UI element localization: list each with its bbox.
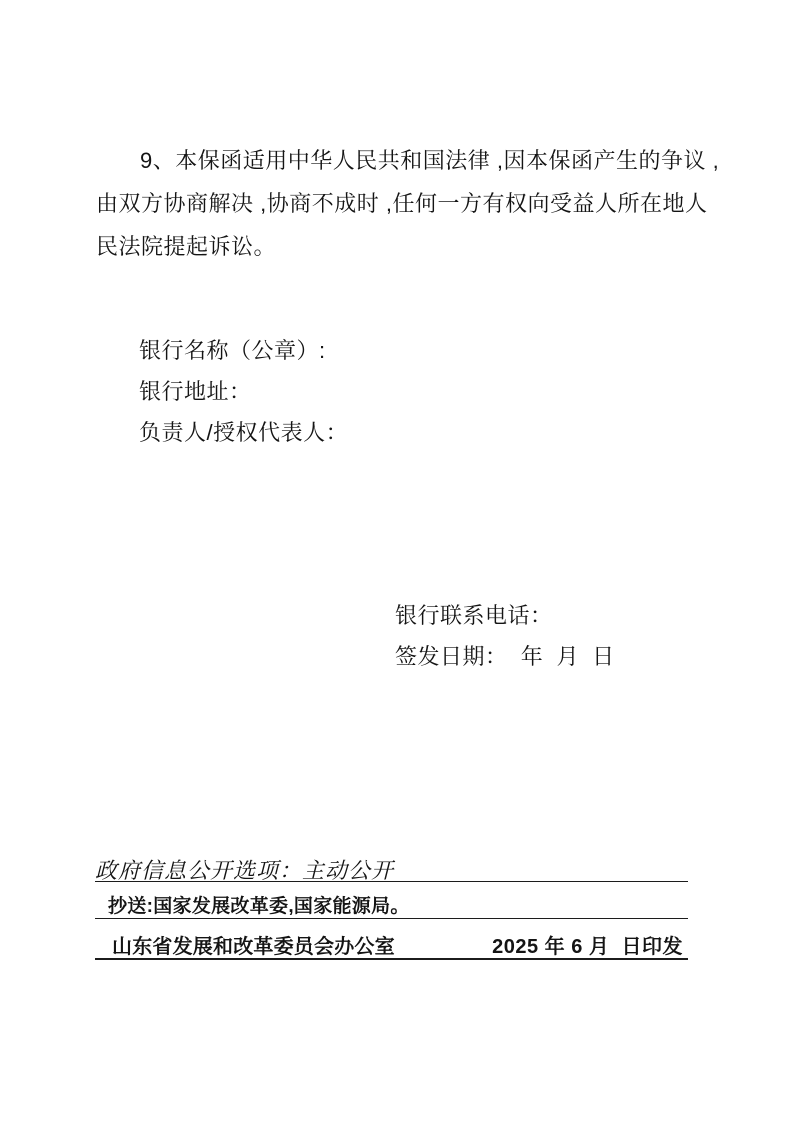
clause-line-2: 由双方协商解决 ,协商不成时 ,任何一方有权向受益人所在地人 [96, 182, 702, 225]
footer-issuer-office: 山东省发展和改革委员会办公室 [95, 930, 395, 959]
footer-print-date: 2025 年 6 月 日印发 [492, 930, 688, 959]
bank-signature-block: 银行名称（公章）: 银行地址： 负责人/授权代表人： [139, 330, 348, 453]
clause-paragraph: 9、本保函适用中华人民共和国法律 ,因本保函产生的争议 , 由双方协商解决 ,协… [96, 139, 702, 268]
bank-phone-label: 银行联系电话： [395, 595, 615, 636]
clause-line-3: 民法院提起诉讼。 [96, 225, 702, 268]
footer-divider-top [95, 881, 688, 882]
bank-address-label: 银行地址： [139, 371, 348, 412]
contact-block: 银行联系电话： 签发日期： 年 月 日 [395, 595, 615, 677]
bank-representative-label: 负责人/授权代表人： [139, 412, 348, 453]
footer-divider-bottom [95, 958, 688, 960]
footer-divider-middle [95, 918, 688, 919]
document-page: 9、本保函适用中华人民共和国法律 ,因本保函产生的争议 , 由双方协商解决 ,协… [0, 0, 793, 1122]
footer-cc-line: 抄送:国家发展改革委,国家能源局。 [108, 891, 410, 918]
footer-issuer-row: 山东省发展和改革委员会办公室 2025 年 6 月 日印发 [95, 930, 688, 959]
issue-date-label: 签发日期： 年 月 日 [395, 636, 615, 677]
clause-line-1: 9、本保函适用中华人民共和国法律 ,因本保函产生的争议 , [96, 139, 702, 182]
bank-name-label: 银行名称（公章）: [139, 330, 348, 371]
